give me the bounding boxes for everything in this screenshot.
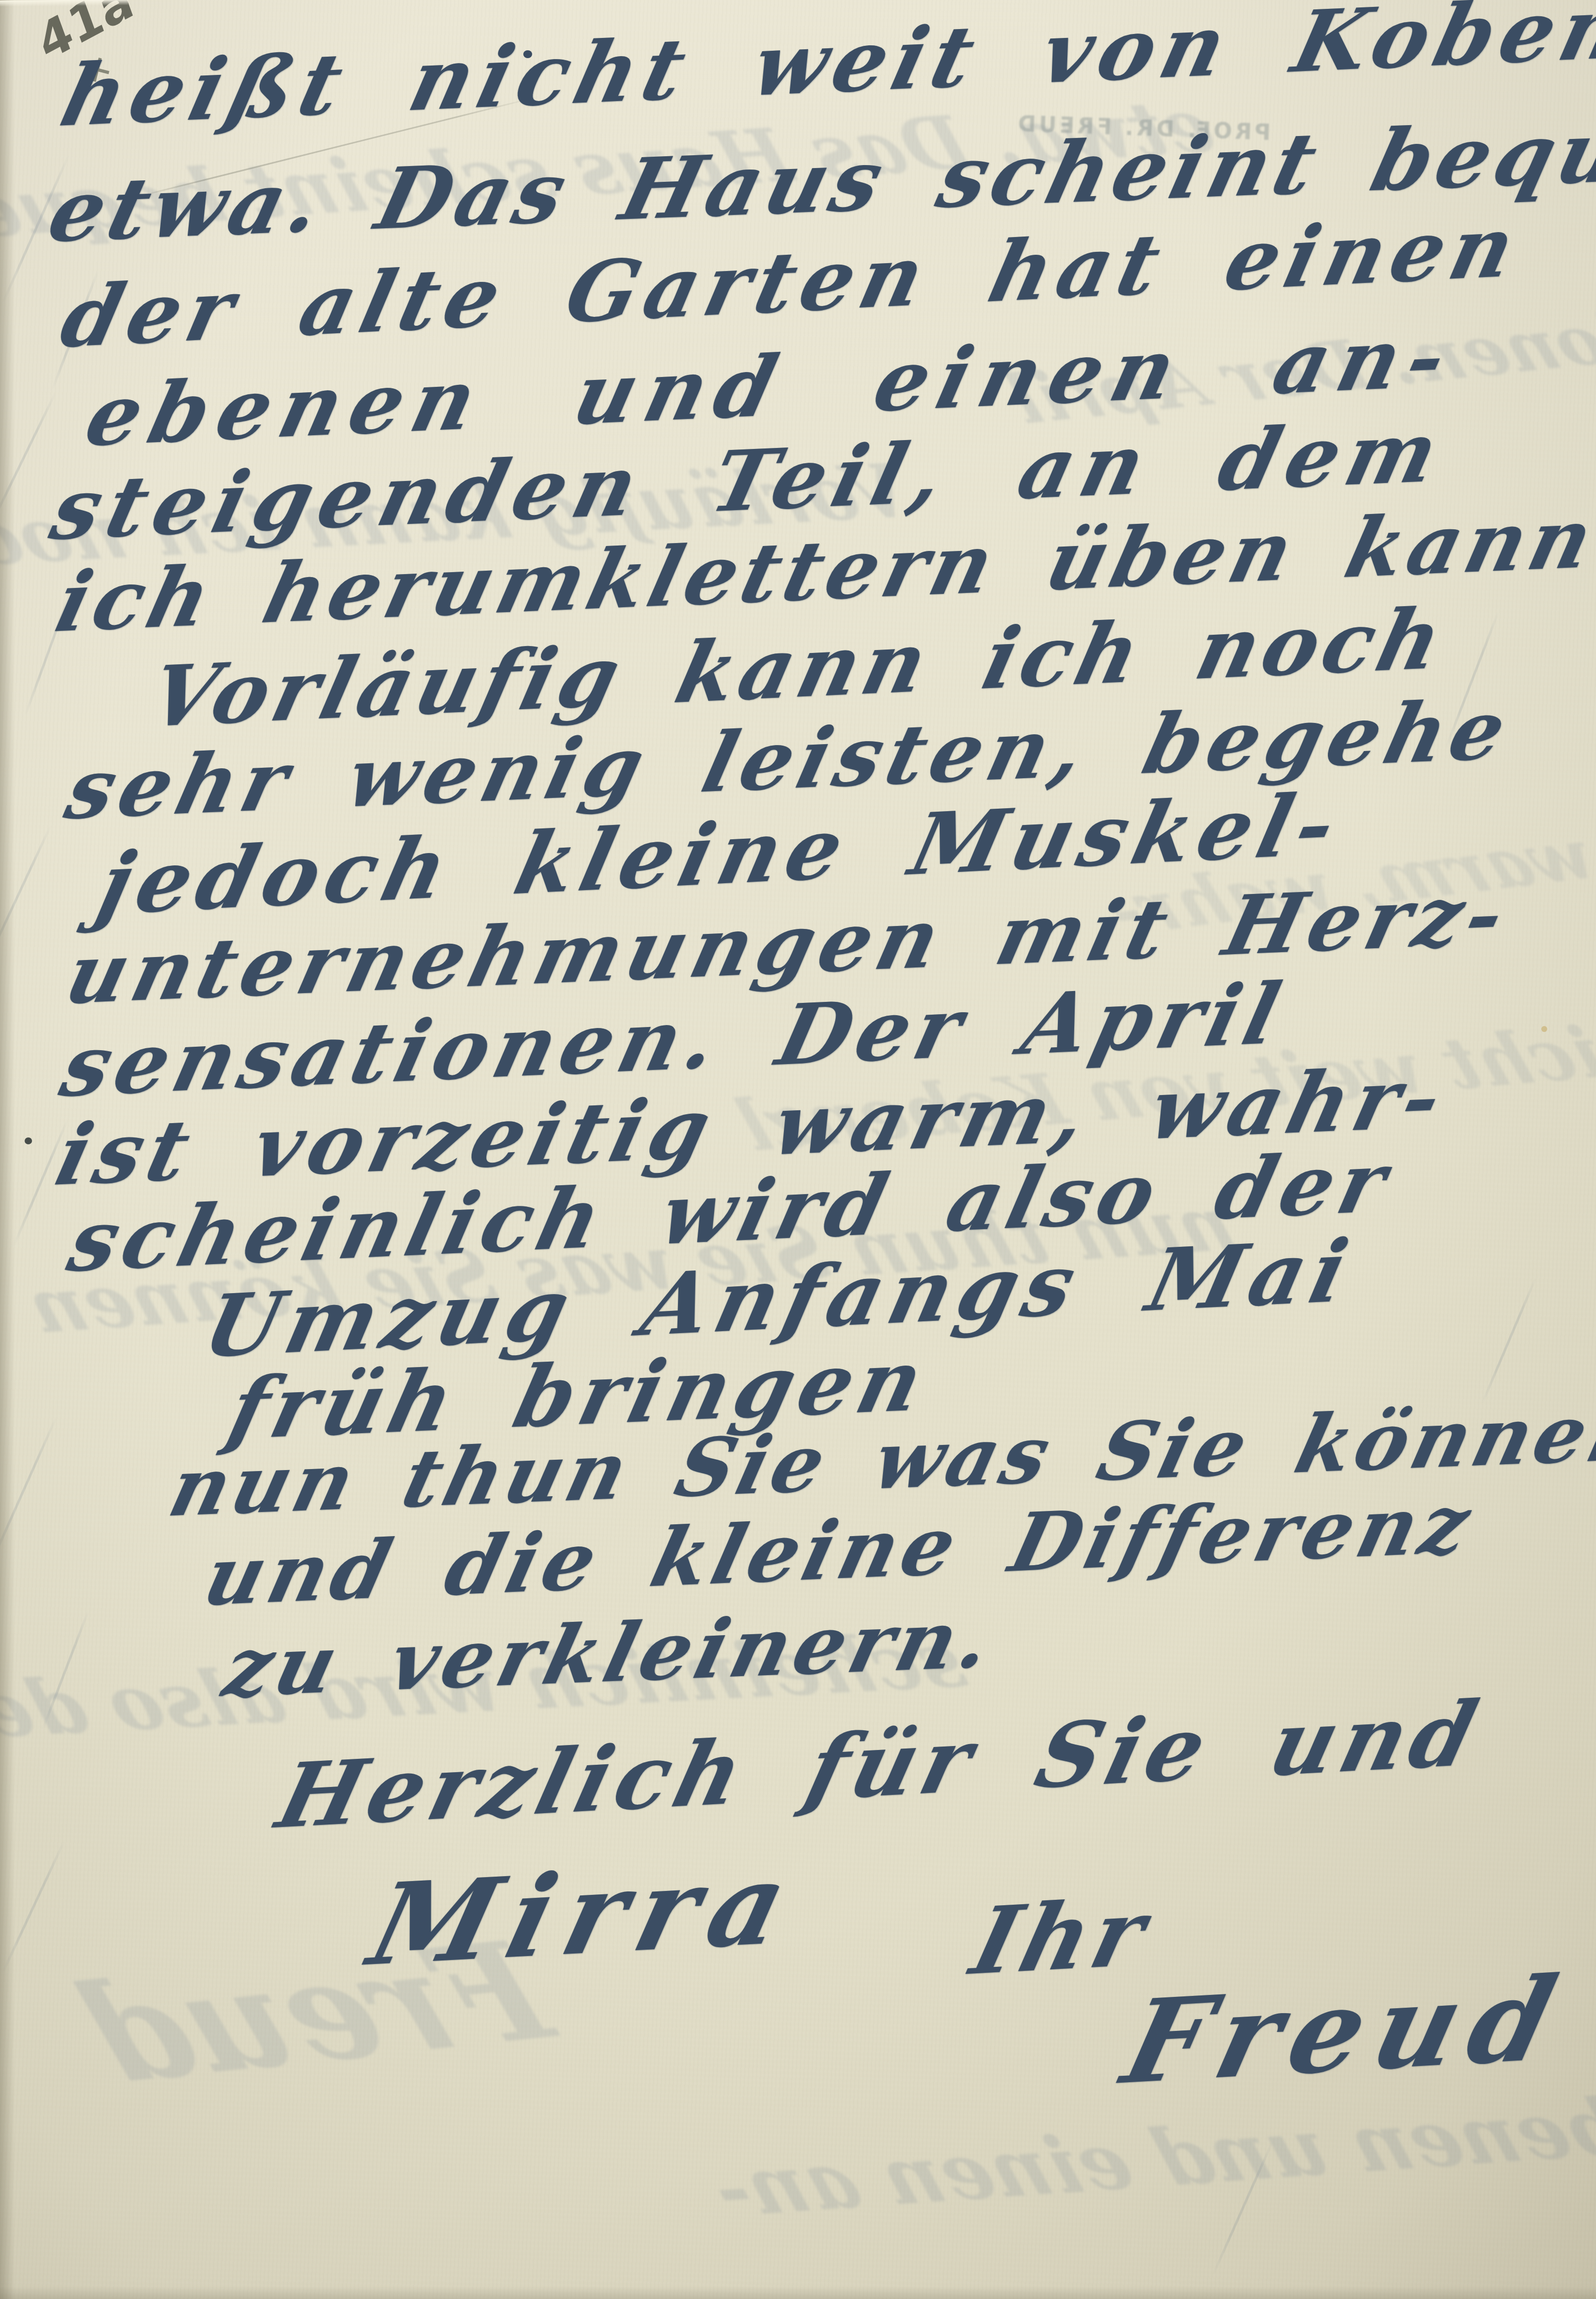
page-left-edge-shadow xyxy=(0,0,15,2299)
bleed-stroke xyxy=(1212,2140,1274,2276)
bleed-stroke xyxy=(41,1611,90,1731)
page-root: { "letter": { "kind": "handwritten lette… xyxy=(0,0,1596,2299)
page-bottom-edge-shadow xyxy=(0,2286,1596,2299)
paper-speck xyxy=(1541,1026,1547,1032)
closing-valediction: Ihr xyxy=(962,1878,1160,1995)
ink-speck xyxy=(523,50,532,58)
closing-name: Mirra xyxy=(358,1837,813,1991)
letter-page: etwa. Das Haus scheint bequem sensatione… xyxy=(0,0,1596,2299)
ink-speck xyxy=(25,1137,32,1144)
freud-signature: Freud xyxy=(1112,1951,1580,2111)
bleed-stroke xyxy=(1481,1276,1537,1405)
